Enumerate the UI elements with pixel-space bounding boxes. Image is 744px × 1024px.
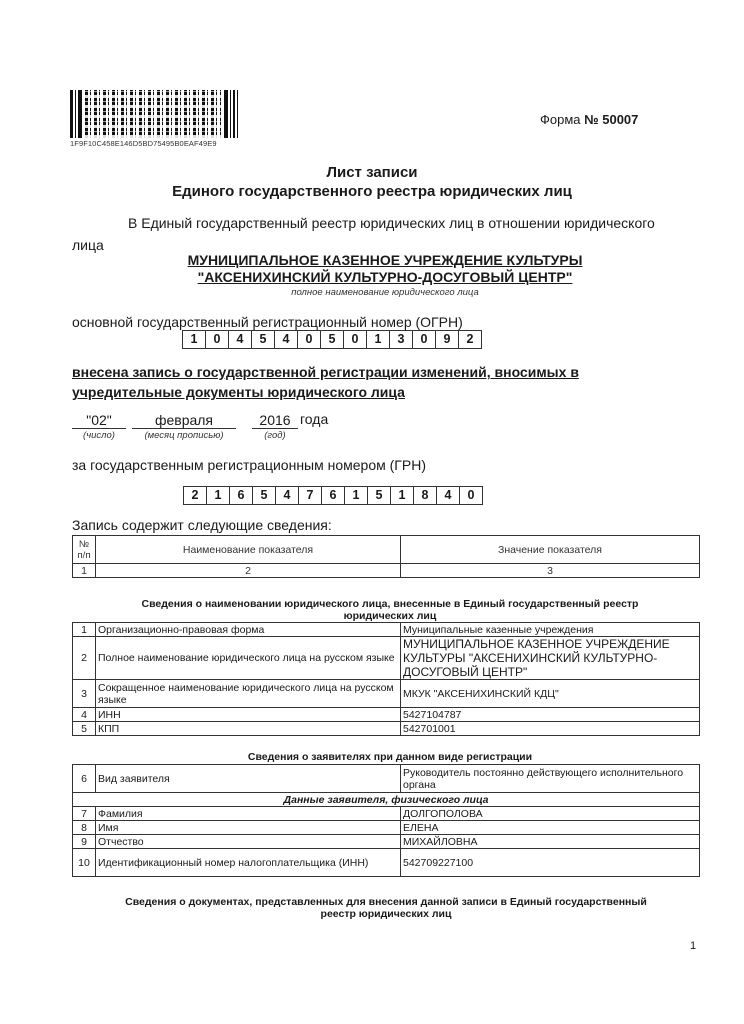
row-number: 9 <box>73 835 96 849</box>
col-number-header: № п/п <box>73 536 96 564</box>
ogrn-digit: 0 <box>344 331 367 348</box>
date-day-caption: (число) <box>72 430 126 441</box>
date-day: "02" <box>72 412 126 429</box>
ogrn-digit: 5 <box>252 331 275 348</box>
form-label: Форма <box>540 112 581 127</box>
intro-continuation: лица <box>72 237 104 253</box>
row-name: Фамилия <box>96 807 401 821</box>
row-number: 3 <box>73 680 96 708</box>
row-name: Полное наименование юридического лица на… <box>96 637 401 680</box>
ogrn-digit: 2 <box>459 331 481 348</box>
grn-digit: 5 <box>253 487 276 504</box>
row-name: Сокращенное наименование юридического ли… <box>96 680 401 708</box>
row-name: Идентификационный номер налогоплательщик… <box>96 849 401 877</box>
col-name-header: Наименование показателя <box>96 536 401 564</box>
table-row: 3 Сокращенное наименование юридического … <box>73 680 700 708</box>
section-name-title-line2: юридических лиц <box>80 610 700 622</box>
page-title: Лист записи <box>0 164 744 181</box>
section-applicants-title: Сведения о заявителях при данном виде ре… <box>80 751 700 763</box>
table-row: 4 ИНН 5427104787 <box>73 708 700 722</box>
table-row: 10 Идентификационный номер налогоплатель… <box>73 849 700 877</box>
row-value: Руководитель постоянно действующего испо… <box>401 765 700 793</box>
row-number: 8 <box>73 821 96 835</box>
row-number: 10 <box>73 849 96 877</box>
table-row: 6 Вид заявителя Руководитель постоянно д… <box>73 765 700 793</box>
grn-digit: 6 <box>230 487 253 504</box>
row-number: 5 <box>73 722 96 736</box>
entity-name-table: 1 Организационно-правовая форма Муниципа… <box>72 622 700 736</box>
ogrn-digit: 4 <box>275 331 298 348</box>
section-name-title: Сведения о наименовании юридического лиц… <box>80 598 700 622</box>
ogrn-digit: 0 <box>413 331 436 348</box>
grn-digit: 6 <box>322 487 345 504</box>
ogrn-digits: 1 0 4 5 4 0 5 0 1 3 0 9 2 <box>182 330 482 349</box>
form-number: Форма № 50007 <box>540 112 638 127</box>
date-year-suffix: года <box>300 411 328 427</box>
ogrn-digit: 1 <box>183 331 206 348</box>
grn-digit: 4 <box>276 487 299 504</box>
col-index-3: 3 <box>401 564 700 578</box>
section-documents-title-line2: реестр юридических лиц <box>72 908 700 920</box>
date-month-caption: (месяц прописью) <box>132 430 236 441</box>
grn-digit: 7 <box>299 487 322 504</box>
intro-text: В Единый государственный реестр юридичес… <box>128 215 655 231</box>
grn-digit: 8 <box>414 487 437 504</box>
row-name: ИНН <box>96 708 401 722</box>
record-type-line2: учредительные документы юридического лиц… <box>72 382 672 402</box>
grn-digit: 5 <box>368 487 391 504</box>
row-value: Муниципальные казенные учреждения <box>401 623 700 637</box>
page-subtitle: Единого государственного реестра юридиче… <box>0 183 744 200</box>
row-name: Организационно-правовая форма <box>96 623 401 637</box>
contents-header-table: № п/п Наименование показателя Значение п… <box>72 535 700 578</box>
col-value-header: Значение показателя <box>401 536 700 564</box>
col-index-1: 1 <box>73 564 96 578</box>
date-year-caption: (год) <box>252 430 298 441</box>
grn-digit: 1 <box>207 487 230 504</box>
record-type-line1: внесена запись о государственной регистр… <box>72 362 672 382</box>
row-number: 7 <box>73 807 96 821</box>
ogrn-digit: 0 <box>206 331 229 348</box>
ogrn-label: основной государственный регистрационный… <box>72 314 463 330</box>
barcode <box>70 90 238 138</box>
row-value: МУНИЦИПАЛЬНОЕ КАЗЕННОЕ УЧРЕЖДЕНИЕ КУЛЬТУ… <box>401 637 700 680</box>
ogrn-digit: 1 <box>367 331 390 348</box>
row-number: 1 <box>73 623 96 637</box>
section-documents-title-line1: Сведения о документах, представленных дл… <box>72 896 700 908</box>
table-row: 9 Отчество МИХАЙЛОВНА <box>73 835 700 849</box>
applicants-table: 6 Вид заявителя Руководитель постоянно д… <box>72 764 700 877</box>
ogrn-digit: 3 <box>390 331 413 348</box>
col-index-2: 2 <box>96 564 401 578</box>
grn-digit: 4 <box>437 487 460 504</box>
ogrn-digit: 5 <box>321 331 344 348</box>
table-row: 2 Полное наименование юридического лица … <box>73 637 700 680</box>
row-value: 5427104787 <box>401 708 700 722</box>
row-value: МИХАЙЛОВНА <box>401 835 700 849</box>
row-name: Вид заявителя <box>96 765 401 793</box>
ogrn-digit: 9 <box>436 331 459 348</box>
grn-digit: 2 <box>184 487 207 504</box>
date-year: 2016 <box>252 412 298 429</box>
page-number: 1 <box>690 940 696 952</box>
record-type: внесена запись о государственной регистр… <box>72 362 672 402</box>
row-name: Имя <box>96 821 401 835</box>
table-row: 8 Имя ЕЛЕНА <box>73 821 700 835</box>
section-documents-title: Сведения о документах, представленных дл… <box>72 896 700 920</box>
row-value: 542709227100 <box>401 849 700 877</box>
row-value: ЕЛЕНА <box>401 821 700 835</box>
grn-digits: 2 1 6 5 4 7 6 1 5 1 8 4 0 <box>183 486 483 505</box>
table-row: 1 Организационно-правовая форма Муниципа… <box>73 623 700 637</box>
entity-name-line2: "АКСЕНИХИНСКИЙ КУЛЬТУРНО-ДОСУГОВЫЙ ЦЕНТР… <box>140 269 630 286</box>
row-name: Отчество <box>96 835 401 849</box>
entity-name-caption: полное наименование юридического лица <box>140 287 630 298</box>
row-value: 542701001 <box>401 722 700 736</box>
applicant-subheader-row: Данные заявителя, физического лица <box>73 793 700 807</box>
table-row: 7 Фамилия ДОЛГОПОЛОВА <box>73 807 700 821</box>
entity-name-line1: МУНИЦИПАЛЬНОЕ КАЗЕННОЕ УЧРЕЖДЕНИЕ КУЛЬТУ… <box>140 252 630 269</box>
date-month: февраля <box>132 412 236 429</box>
contents-label: Запись содержит следующие сведения: <box>72 517 332 533</box>
ogrn-digit: 0 <box>298 331 321 348</box>
section-name-title-line1: Сведения о наименовании юридического лиц… <box>80 598 700 610</box>
row-value: ДОЛГОПОЛОВА <box>401 807 700 821</box>
barcode-text: 1F9F10C458E146D5BD75495B0EAF49E9 <box>70 139 217 148</box>
grn-label: за государственным регистрационным номер… <box>72 457 426 473</box>
row-value: МКУК "АКСЕНИХИНСКИЙ КДЦ" <box>401 680 700 708</box>
grn-digit: 1 <box>391 487 414 504</box>
grn-digit: 0 <box>460 487 482 504</box>
ogrn-digit: 4 <box>229 331 252 348</box>
row-name: КПП <box>96 722 401 736</box>
applicant-subheader: Данные заявителя, физического лица <box>73 793 700 807</box>
form-number-value: № 50007 <box>584 112 638 127</box>
table-row: 5 КПП 542701001 <box>73 722 700 736</box>
row-number: 2 <box>73 637 96 680</box>
grn-digit: 1 <box>345 487 368 504</box>
row-number: 6 <box>73 765 96 793</box>
row-number: 4 <box>73 708 96 722</box>
